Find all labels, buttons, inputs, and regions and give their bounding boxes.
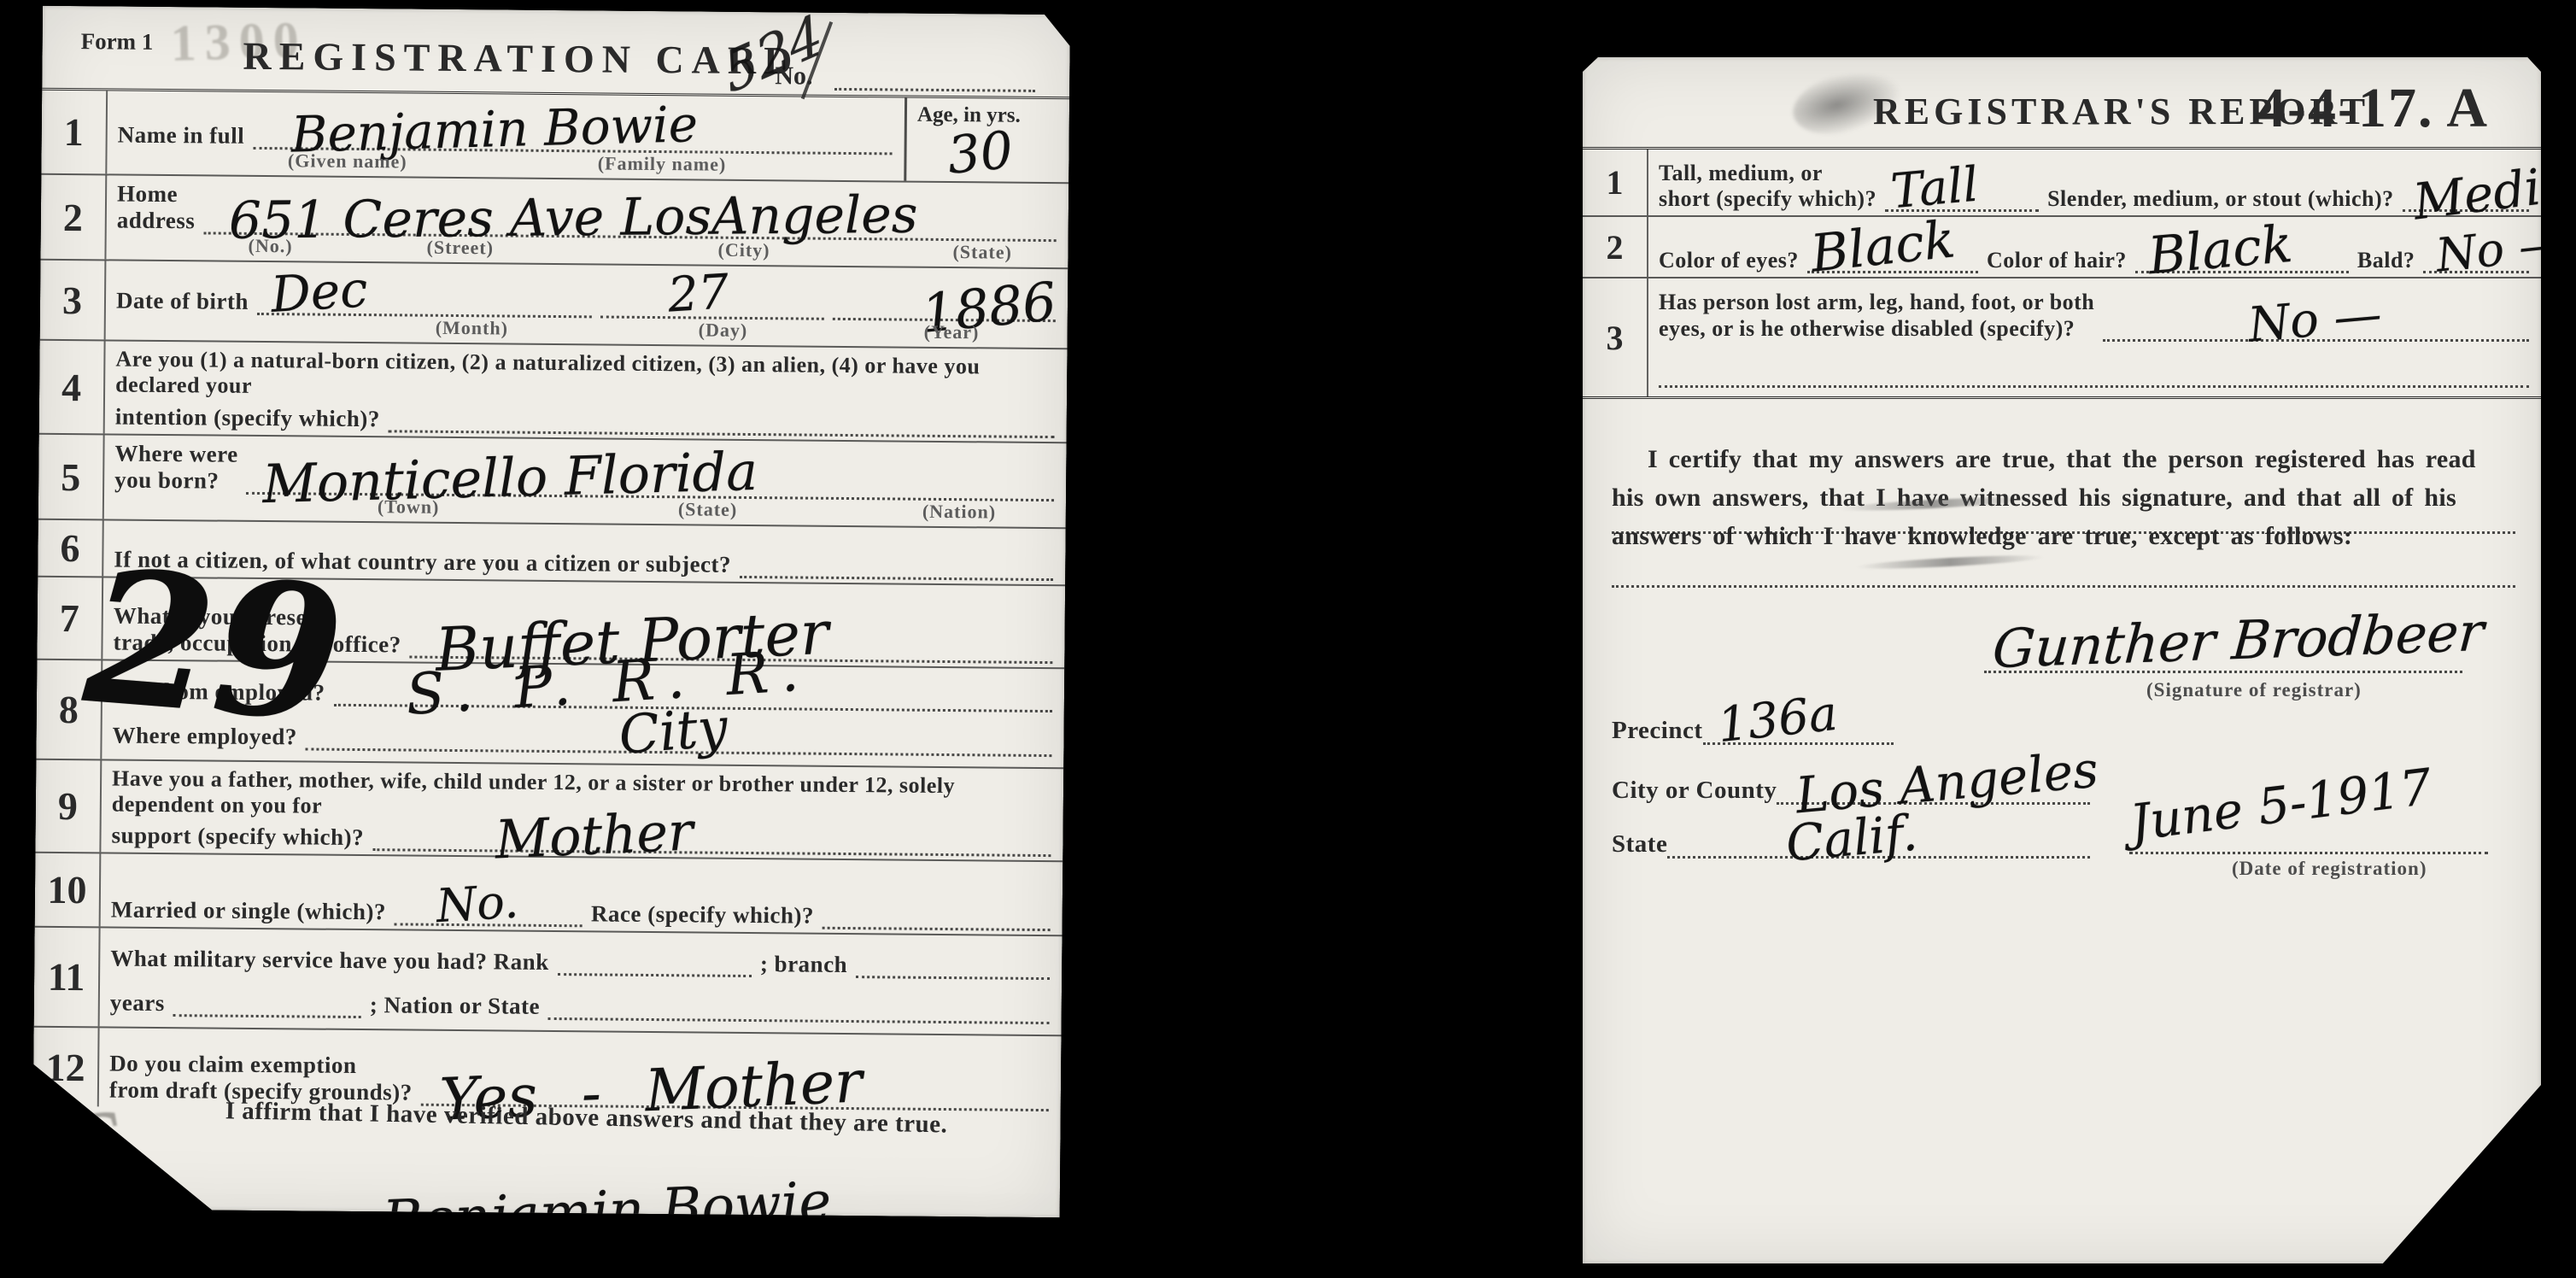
row-birthplace: 5 Where were you born? Monticello Florid… <box>38 435 1067 530</box>
signature-line: Benjamin Bowie <box>356 1205 869 1246</box>
question-label: Date of birth <box>116 288 249 315</box>
handwritten-eye-color: Black <box>1808 214 1957 279</box>
handwritten-month: Dec <box>269 264 369 319</box>
question-label: Name in full <box>118 122 245 149</box>
row-number: 5 <box>38 435 105 519</box>
row-number: 3 <box>40 261 107 340</box>
row-date-of-birth: 3 Date of birth Dec 27 1886 (Month) <box>40 261 1068 349</box>
label-line1: Has person lost arm, leg, hand, foot, or… <box>1659 289 2094 315</box>
precinct-line: 136a <box>1703 708 1894 745</box>
sublabel-family-name: (Family name) <box>598 152 727 175</box>
city-county-field: City or County Los Angeles <box>1612 768 2090 805</box>
handwritten-employer-location: City <box>618 701 730 763</box>
city-county-line: Los Angeles <box>1777 768 2090 805</box>
signature-sublabel: (Signature or mark) <box>544 1244 722 1268</box>
pencil-stroke <box>1856 553 2044 572</box>
label-line2: address <box>117 208 196 235</box>
registration-card: 29 1300 Form 1 REGISTRATION CARD 524 No.… <box>32 6 1070 1217</box>
branch-label: ; branch <box>760 951 848 978</box>
answer-line-day: 27 <box>600 287 824 320</box>
disability-answer-line: No — <box>2103 310 2529 342</box>
row-body: Have you a father, mother, wife, child u… <box>101 761 1063 861</box>
extra-blank-line <box>1659 384 2529 388</box>
years-blank-line <box>173 986 361 1019</box>
handwritten-date: June 5-1917 <box>2128 762 2434 848</box>
sublabel-street: (Street) <box>426 237 494 260</box>
date-sublabel: (Date of registration) <box>2232 858 2488 880</box>
answer-line-month: Dec <box>257 284 592 318</box>
sublabel-state: (State) <box>952 241 1012 264</box>
handwritten-hair-color: Black <box>2146 219 2295 283</box>
question-label: Tall, medium, or short (specify which)? <box>1659 161 1876 212</box>
bald-answer-line: No — <box>2423 242 2529 273</box>
card-title: REGISTRATION CARD <box>243 33 799 84</box>
row-number: 1 <box>1583 149 1648 215</box>
precinct-field: Precinct 136a <box>1612 708 1894 745</box>
row-citizenship: 4 Are you (1) a natural-born citizen, (2… <box>39 341 1068 443</box>
sublabel-no: (No.) <box>248 235 292 257</box>
precinct-label: Precinct <box>1612 717 1703 745</box>
question-eyes: Color of eyes? <box>1659 248 1799 273</box>
affirmation-zone: I affirm that I have verified above answ… <box>32 1106 1061 1217</box>
label-line1: Where were <box>114 441 237 468</box>
row-number: 10 <box>35 853 102 927</box>
row-body: What military service have you had? Rank… <box>100 929 1063 1035</box>
question-bald: Bald? <box>2357 248 2415 273</box>
sublabel-city: (City) <box>717 239 770 262</box>
row-body: Has person lost arm, leg, hand, foot, or… <box>1648 278 2541 396</box>
row-body: Married or single (which)? No. Race (spe… <box>101 854 1063 935</box>
registrant-signature: Benjamin Bowie <box>382 1175 833 1249</box>
handwritten-state: Calif. <box>1784 807 1919 868</box>
sublabel-given-name: (Given name) <box>288 149 407 173</box>
scanned-document-page: { "colors":{"background":"#000000","card… <box>0 0 2576 1278</box>
question-label: Home address <box>117 181 196 235</box>
answer-line-year: 1886 <box>832 289 1056 322</box>
handwritten-build: Medium <box>2410 152 2576 226</box>
handwritten-precinct: 136a <box>1716 690 1840 750</box>
date-line: June 5-1917 <box>2129 792 2488 854</box>
answer-line-blank <box>823 898 1051 931</box>
state-label: State <box>1612 830 1667 859</box>
row-number: 2 <box>1583 217 1648 277</box>
stamp-letter-a: A <box>104 1143 174 1248</box>
answer-line: Mother <box>372 819 1051 857</box>
spacer <box>1659 342 2529 384</box>
nation-label: ; Nation or State <box>370 993 540 1021</box>
sublabel-day: (Day) <box>699 319 748 343</box>
height-answer-line: Tall <box>1885 180 2039 212</box>
number-label: No. <box>775 62 812 91</box>
label-line1: Tall, medium, or <box>1659 161 1876 186</box>
row-eyes-hair: 2 Color of eyes? Black Color of hair? Bl… <box>1583 217 2541 278</box>
question-rank: What military service have you had? Rank <box>110 945 549 975</box>
form-label: Form 1 <box>81 28 154 56</box>
sublabel-state: (State) <box>678 498 738 521</box>
hair-answer-line: Black <box>2135 242 2349 273</box>
row-body: Date of birth Dec 27 1886 (Month) (Day) … <box>106 261 1068 349</box>
row-military-service: 11 What military service have you had? R… <box>34 928 1063 1036</box>
row-disability: 3 Has person lost arm, leg, hand, foot, … <box>1583 278 2541 399</box>
handwritten-age: 30 <box>946 125 1016 182</box>
row-number: 2 <box>40 175 107 260</box>
label-line2: short (specify which)? <box>1659 186 1876 212</box>
handwritten-height: Tall <box>1889 161 1981 217</box>
question-hair: Color of hair? <box>1987 248 2127 273</box>
rank-blank-line <box>558 944 752 977</box>
question-text-2: intention (specify which)? <box>115 403 380 432</box>
row-build: 1 Tall, medium, or short (specify which)… <box>1583 149 2541 217</box>
nation-blank-line <box>548 988 1050 1024</box>
question-text: Are you (1) a natural-born citizen, (2) … <box>115 347 1055 407</box>
row-number: 1 <box>41 91 108 174</box>
question-race: Race (specify which)? <box>591 901 814 929</box>
answer-line: City <box>306 719 1052 758</box>
sublabel-year: (Year) <box>924 321 980 344</box>
registrars-report-card: REGISTRAR'S REPORT 4-4-17. A 1 Tall, med… <box>1583 57 2541 1263</box>
label-line1: Do you claim exemption <box>109 1051 413 1080</box>
question-text-2: support (specify which)? <box>111 823 364 852</box>
report-form-code: 4-4-17. A <box>2257 76 2489 141</box>
row-body: Home address 651 Ceres Ave LosAngeles (N… <box>106 175 1068 267</box>
age-box: Age, in yrs. 30 <box>904 98 1069 183</box>
sublabel-town: (Town) <box>378 495 440 519</box>
report-header: REGISTRAR'S REPORT 4-4-17. A <box>1583 57 2541 149</box>
row-body: Are you (1) a natural-born citizen, (2) … <box>105 342 1068 443</box>
state-field: State Calif. <box>1612 822 2090 859</box>
eyes-answer-line: Black <box>1807 242 1978 273</box>
city-county-label: City or County <box>1612 777 1777 805</box>
row-body: Color of eyes? Black Color of hair? Blac… <box>1648 217 2541 277</box>
row-body: Name in full Benjamin Bowie (Given name)… <box>107 91 905 180</box>
row-body: Where were you born? Monticello Florida … <box>104 435 1067 527</box>
answer-line-blank <box>740 547 1054 581</box>
registrar-signature-sublabel: (Signature of registrar) <box>2146 679 2362 701</box>
answer-line: No. <box>395 894 583 928</box>
exception-blank-line-1 <box>1612 531 2515 534</box>
state-line: Calif. <box>1667 822 2090 859</box>
row-number: 9 <box>35 760 102 853</box>
label-line1: Home <box>117 181 196 208</box>
years-label: years <box>110 990 165 1017</box>
question-married: Married or single (which)? <box>111 897 386 926</box>
row-name: 1 Name in full Benjamin Bowie (Given nam… <box>41 91 1069 184</box>
row-body: Tall, medium, or short (specify which)? … <box>1648 149 2541 215</box>
registration-card-header: 1300 Form 1 REGISTRATION CARD 524 No. <box>42 6 1070 99</box>
row-home-address: 2 Home address 651 Ceres Ave LosAngeles … <box>40 175 1068 270</box>
registrar-signature: Gunther Brodbeer <box>1991 606 2485 676</box>
handwritten-overlay-number: 29 <box>80 544 349 747</box>
question-label: Has person lost arm, leg, hand, foot, or… <box>1659 289 2094 342</box>
row-exemption: 12 Do you claim exemption from draft (sp… <box>33 1028 1062 1115</box>
build-answer-line: Medium <box>2403 180 2529 212</box>
handwritten-married: No. <box>435 879 519 930</box>
registrar-signature-line: Gunther Brodbeer <box>1984 671 2462 673</box>
branch-blank-line <box>856 947 1050 980</box>
registration-date-field: June 5-1917 (Date of registration) <box>2129 792 2488 880</box>
row-married-race: 10 Married or single (which)? No. Race (… <box>35 853 1063 936</box>
label-line2: you born? <box>114 467 237 495</box>
handwritten-day: 27 <box>666 268 730 319</box>
certification-text: I certify that my answers are true, that… <box>1612 440 2515 555</box>
exception-blank-line-2 <box>1612 585 2515 588</box>
label-line2: eyes, or is he otherwise disabled (speci… <box>1659 315 2094 342</box>
answer-line-blank <box>389 401 1055 438</box>
question-build: Slender, medium, or stout (which)? <box>2047 186 2394 212</box>
row-number: 3 <box>1583 278 1648 396</box>
handwritten-disability: No — <box>2246 291 2384 350</box>
handwritten-bald: No — <box>2434 220 2567 278</box>
row-number: 4 <box>39 341 106 434</box>
number-blank-line <box>834 88 1035 92</box>
row-dependents: 9 Have you a father, mother, wife, child… <box>35 760 1063 862</box>
report-lower-section: I certify that my answers are true, that… <box>1583 390 2541 1263</box>
sublabel-nation: (Nation) <box>922 501 996 524</box>
question-label: Where were you born? <box>114 441 238 495</box>
row-number: 11 <box>34 928 101 1027</box>
sublabel-month: (Month) <box>436 317 508 340</box>
